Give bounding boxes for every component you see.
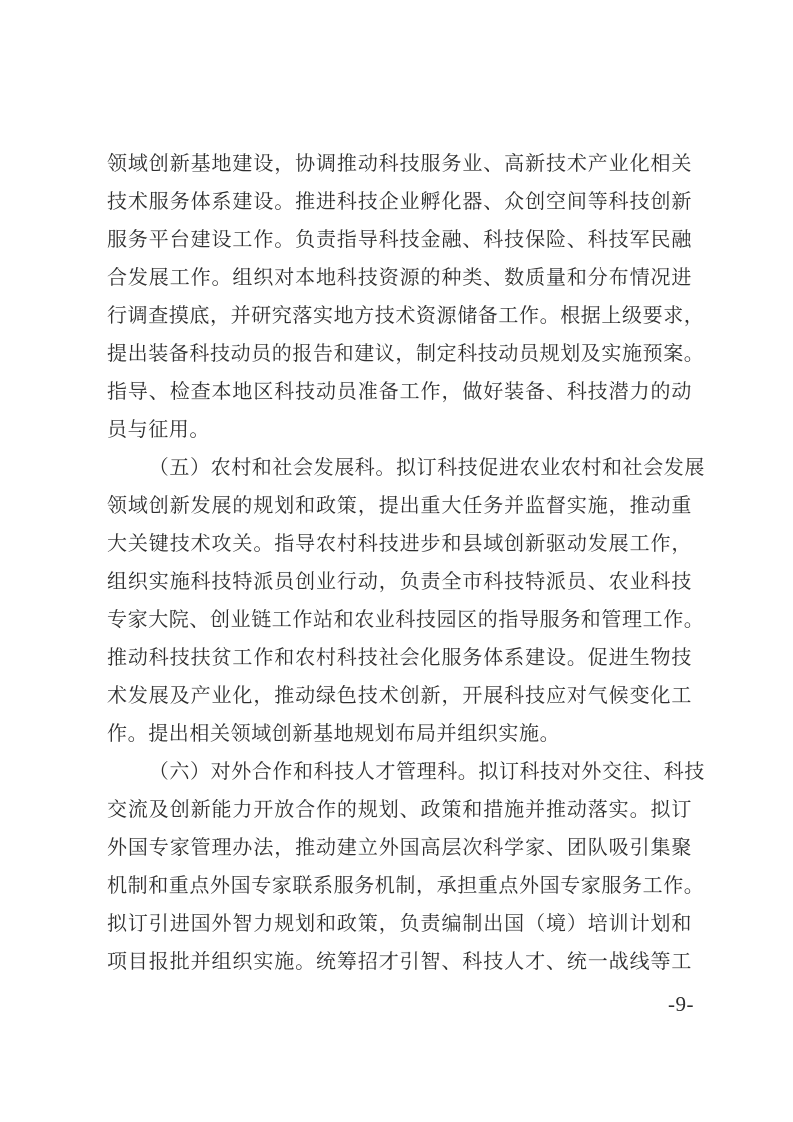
text-line: 领域创新基地建设，协调推动科技服务业、高新技术产业化相关 — [107, 144, 692, 182]
section-heading-line: （六）对外合作和科技人才管理科。拟订科技对外交往、科技 — [107, 752, 692, 790]
text-line: 指导、检查本地区科技动员准备工作，做好装备、科技潜力的动 — [107, 372, 692, 410]
text-line: 行调查摸底，并研究落实地方技术资源储备工作。根据上级要求， — [107, 296, 692, 334]
text-line: 服务平台建设工作。负责指导科技金融、科技保险、科技军民融 — [107, 220, 692, 258]
text-line: 作。提出相关领域创新基地规划布局并组织实施。 — [107, 714, 692, 752]
text-line: 交流及创新能力开放合作的规划、政策和措施并推动落实。拟订 — [107, 790, 692, 828]
text-line: 机制和重点外国专家联系服务机制，承担重点外国专家服务工作。 — [107, 866, 692, 904]
section-heading-line: （五）农村和社会发展科。拟订科技促进农业农村和社会发展 — [107, 448, 692, 486]
document-page: 领域创新基地建设，协调推动科技服务业、高新技术产业化相关 技术服务体系建设。推进… — [0, 0, 793, 1122]
paragraph-foreign-cooperation-talent: （六）对外合作和科技人才管理科。拟订科技对外交往、科技 交流及创新能力开放合作的… — [107, 752, 692, 980]
text-line: 外国专家管理办法，推动建立外国高层次科学家、团队吸引集聚 — [107, 828, 692, 866]
text-line: 组织实施科技特派员创业行动，负责全市科技特派员、农业科技 — [107, 562, 692, 600]
text-line: 领域创新发展的规划和政策，提出重大任务并监督实施，推动重 — [107, 486, 692, 524]
paragraph-rural-social-development: （五）农村和社会发展科。拟订科技促进农业农村和社会发展 领域创新发展的规划和政策… — [107, 448, 692, 752]
text-line: 大关键技术攻关。指导农村科技进步和县域创新驱动发展工作， — [107, 524, 692, 562]
text-line: 合发展工作。组织对本地科技资源的种类、数质量和分布情况进 — [107, 258, 692, 296]
text-line: 专家大院、创业链工作站和农业科技园区的指导服务和管理工作。 — [107, 600, 692, 638]
text-line: 技术服务体系建设。推进科技企业孵化器、众创空间等科技创新 — [107, 182, 692, 220]
page-number: -9- — [660, 992, 694, 1016]
text-line: 拟订引进国外智力规划和政策，负责编制出国（境）培训计划和 — [107, 904, 692, 942]
paragraph-continuation: 领域创新基地建设，协调推动科技服务业、高新技术产业化相关 技术服务体系建设。推进… — [107, 144, 692, 448]
text-line: 推动科技扶贫工作和农村科技社会化服务体系建设。促进生物技 — [107, 638, 692, 676]
text-line: 员与征用。 — [107, 410, 692, 448]
text-line: 术发展及产业化，推动绿色技术创新，开展科技应对气候变化工 — [107, 676, 692, 714]
body-text: 领域创新基地建设，协调推动科技服务业、高新技术产业化相关 技术服务体系建设。推进… — [107, 144, 692, 980]
text-line: 项目报批并组织实施。统筹招才引智、科技人才、统一战线等工 — [107, 942, 692, 980]
text-line: 提出装备科技动员的报告和建议，制定科技动员规划及实施预案。 — [107, 334, 692, 372]
